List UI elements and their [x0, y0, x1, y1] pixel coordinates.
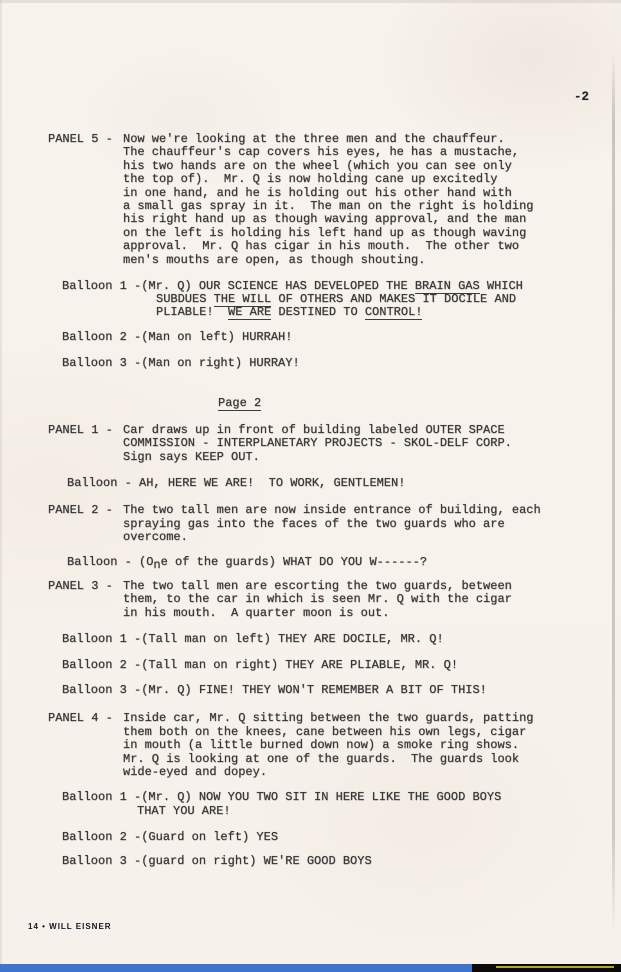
panel-4-balloon-3-line-1: Balloon 3 -(guard on right) WE'RE GOOD B…: [62, 855, 372, 868]
panel-3-balloon-2-line-1: Balloon 2 -(Tall man on right) THEY ARE …: [62, 659, 458, 672]
bottom-bar-black: [472, 964, 621, 972]
panel-3-balloon-1-line-1: Balloon 1 -(Tall man on left) THEY ARE D…: [62, 633, 444, 646]
panel-5-label: PANEL 5 -: [48, 133, 113, 146]
panel-1-line-3: Sign says KEEP OUT.: [123, 451, 260, 464]
panel-4-line-1: Inside car, Mr. Q sitting between the tw…: [123, 712, 533, 725]
panel-5-line-2: The chauffeur's cap covers his eyes, he …: [123, 146, 519, 159]
panel-4-label: PANEL 4 -: [48, 712, 113, 725]
panel-5-balloon-2-line-1: Balloon 2 -(Man on left) HURRAH!: [62, 331, 292, 344]
panel-4-balloon-1-line-2: THAT YOU ARE!: [137, 805, 231, 818]
panel-2-label: PANEL 2 -: [48, 504, 113, 517]
panel-3-balloon-3-line-1: Balloon 3 -(Mr. Q) FINE! THEY WON'T REME…: [62, 684, 487, 697]
panel-3-label: PANEL 3 -: [48, 580, 113, 593]
panel-5-line-10: men's mouths are open, as though shoutin…: [123, 254, 425, 267]
typescript-body: PANEL 5 -Now we're looking at the three …: [0, 0, 621, 972]
panel-5-balloon-1-line-3: PLIABLE! WE ARE DESTINED TO CONTROL!: [156, 306, 422, 319]
panel-4-line-5: wide-eyed and dopey.: [123, 766, 267, 779]
panel-3-line-3: in his mouth. A quarter moon is out.: [123, 607, 389, 620]
panel-1-balloon-line-1: Balloon - AH, HERE WE ARE! TO WORK, GENT…: [67, 477, 405, 490]
panel-2-line-1: The two tall men are now inside entrance…: [123, 504, 541, 517]
bottom-bar-yellow-line: [496, 966, 614, 968]
panel-1-line-2: COMMISSION - INTERPLANETARY PROJECTS - S…: [123, 437, 512, 450]
panel-5-line-4: the top of). Mr. Q is now holding cane u…: [123, 173, 497, 186]
panel-2-balloon-line-1: Balloon - (One of the guards) WHAT DO YO…: [67, 556, 427, 569]
bottom-bar-blue: [0, 964, 472, 972]
panel-5-balloon-3-line-1: Balloon 3 -(Man on right) HURRAY!: [62, 357, 300, 370]
panel-5-line-9: approval. Mr. Q has cigar in his mouth. …: [123, 240, 519, 253]
panel-2-line-3: overcome.: [123, 531, 188, 544]
panel-3-line-2: them, to the car in which is seen Mr. Q …: [123, 593, 512, 606]
panel-5-line-7: his right hand up as though waving appro…: [123, 213, 526, 226]
panel-4-line-3: in mouth (a little burned down now) a sm…: [123, 739, 519, 752]
footer-credit: 14 • WILL EISNER: [28, 922, 112, 931]
panel-4-balloon-2-line-1: Balloon 2 -(Guard on left) YES: [62, 831, 278, 844]
script-page: -2 PANEL 5 -Now we're looking at the thr…: [0, 0, 621, 972]
panel-4-balloon-1-line-1: Balloon 1 -(Mr. Q) NOW YOU TWO SIT IN HE…: [62, 791, 501, 804]
page-2-heading-line-1: Page 2: [218, 397, 261, 410]
panel-1-label: PANEL 1 -: [48, 424, 113, 437]
